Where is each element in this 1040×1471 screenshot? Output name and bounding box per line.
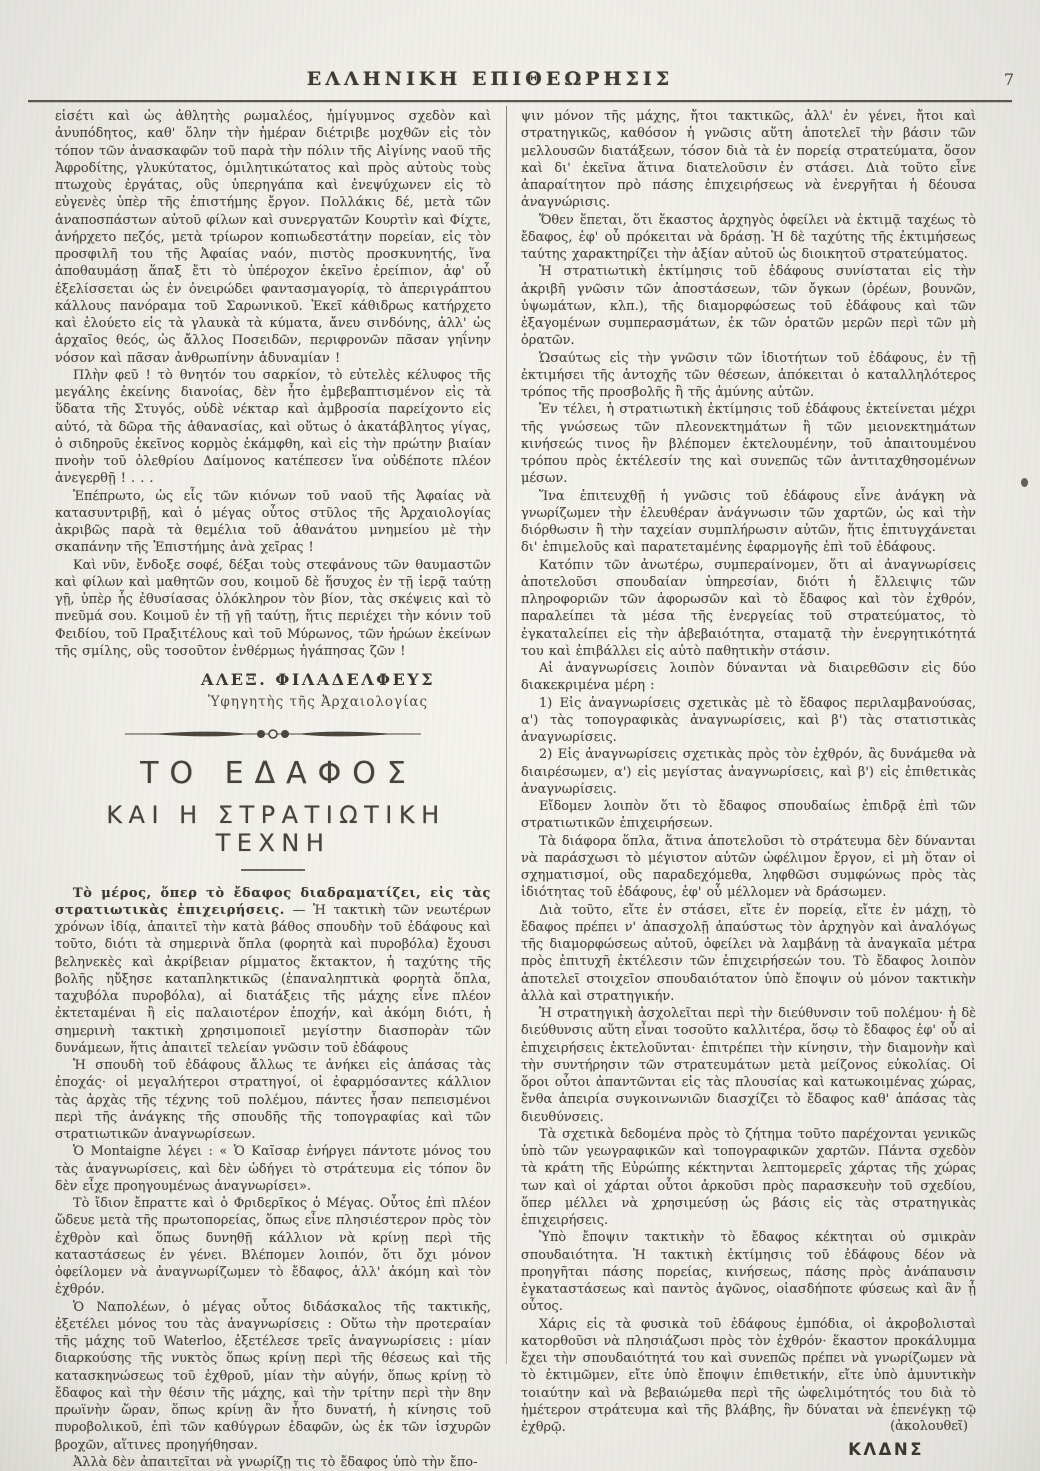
ornamental-divider-icon [123,726,423,742]
right-column: ψιν μόνον τῆς μάχης, ἤτοι τακτικῶς, ἀλλ'… [521,108,976,1459]
article1-text: εἰσέτι καὶ ὡς ἀθλητὴς ρωμαλέος, ἡμίγυμνο… [55,108,491,660]
paragraph: Ὁ Montaigne λέγει : « Ὁ Καῖσαρ ἐνήργει π… [55,1143,491,1195]
paragraph: Ἀλλὰ δὲν ἀπαιτεῖται νὰ γνωρίζῃ τις τὸ ἔδ… [55,1454,491,1471]
paragraph: Ἐν τέλει, ἡ στρατιωτικὴ ἐκτίμησις τοῦ ἐδ… [521,401,976,487]
scan-artifact [1021,478,1028,487]
paragraph: Πλὴν φεῦ ! τὸ θνητόν του σαρκίον, τὸ εὐτ… [55,367,491,488]
paragraph: 2) Εἰς ἀναγνωρίσεις σχετικὰς πρὸς τὸν ἐχ… [521,746,976,798]
paragraph: ψιν μόνον τῆς μάχης, ἤτοι τακτικῶς, ἀλλ'… [521,108,976,212]
paragraph: Διὰ τοῦτο, εἴτε ἐν στάσει, εἴτε ἐν πορεί… [521,902,976,1006]
article2-title-line2: ΚΑΙ Η ΣΤΡΑΤΙΩΤΙΚΗ ΤΕΧΝΗ [55,801,491,857]
article2-text: Ἡ σπουδὴ τοῦ ἐδάφους ἄλλως τε ἀνήκει εἰς… [55,1057,491,1471]
paragraph: Ὑπὸ ἔποψιν τακτικὴν τὸ ἔδαφος κέκτηται ο… [521,1229,976,1315]
article1-author-title: Ὑφηγητὴς τῆς Ἀρχαιολογίας [145,694,491,710]
paragraph: Τὰ σχετικὰ δεδομένα πρὸς τὸ ζήτημα τοῦτο… [521,1126,976,1230]
paragraph: Κατόπιν τῶν ἀνωτέρω, συμπεραίνομεν, ὅτι … [521,557,976,661]
paragraph: Καὶ νῦν, ἔνδοξε σοφέ, δέξαι τοὺς στεφάνο… [55,557,491,661]
paragraph: Αἱ ἀναγνωρίσεις λοιπὸν δύνανται νὰ διαιρ… [521,660,976,695]
paragraph: Ὁ Ναπολέων, ὁ μέγας οὗτος διδάσκαλος τῆς… [55,1299,491,1454]
left-column: εἰσέτι καὶ ὡς ἀθλητὴς ρωμαλέος, ἡμίγυμνο… [55,108,491,1471]
paragraph: Ἵνα ἐπιτευχθῇ ἡ γνῶσις τοῦ ἐδάφους εἶνε … [521,488,976,557]
paragraph: Ἡ στρατιωτικὴ ἐκτίμησις τοῦ ἐδάφους συνί… [521,263,976,349]
article1-author: ΑΛΕΞ. ΦΙΛΑΔΕΛΦΕΥΣ [145,670,491,689]
paragraph: Ἐπέπρωτο, ὡς εἷς τῶν κιόνων τοῦ ναοῦ τῆς… [55,488,491,557]
continuation-note: (ἀκολουθεῖ) [521,1419,976,1434]
paragraph: 1) Εἰς ἀναγνωρίσεις σχετικὰς μὲ τὸ ἔδαφο… [521,695,976,747]
title-rule [241,869,305,871]
article2-signature: ΚΛΔΝΣ [521,1440,976,1459]
paragraph: Τὸ ἴδιον ἔπραττε καὶ ὁ Φριδερῖκος ὁ Μέγα… [55,1195,491,1299]
page-number: 7 [1004,70,1014,89]
paragraph: Ὡσαύτως εἰς τὴν γνῶσιν τῶν ἰδιοτήτων τοῦ… [521,350,976,402]
column-divider [506,106,507,1364]
article2-text-continued: ψιν μόνον τῆς μάχης, ἤτοι τακτικῶς, ἀλλ'… [521,108,976,1436]
paragraph: Τὰ διάφορα ὅπλα, ἅτινα ἀποτελοῦσι τὸ στρ… [521,833,976,902]
article1-signature-block: ΑΛΕΞ. ΦΙΛΑΔΕΛΦΕΥΣ Ὑφηγητὴς τῆς Ἀρχαιολογ… [55,670,491,710]
article2-lead-paragraph: Τὸ μέρος, ὅπερ τὸ ἔδαφος διαδραματίζει, … [55,885,491,1058]
header-rule [28,100,1012,102]
paragraph: Ἡ σπουδὴ τοῦ ἐδάφους ἄλλως τε ἀνήκει εἰς… [55,1057,491,1143]
paragraph: Ἡ στρατηγικὴ ἀσχολεῖται περὶ τὴν διεύθυν… [521,1005,976,1126]
paragraph: Ὅθεν ἕπεται, ὅτι ἕκαστος ἀρχηγὸς ὀφείλει… [521,212,976,264]
scanned-page: ΕΛΛΗΝΙΚΗ ΕΠΙΘΕΩΡΗΣΙΣ 7 εἰσέτι καὶ ὡς ἀθλ… [0,0,1040,1471]
article2-lead-rest: — Ἡ τακτικὴ τῶν νεωτέρων χρόνων ἰδίᾳ, ἀπ… [55,903,491,1056]
paragraph: Εἴδομεν λοιπὸν ὅτι τὸ ἔδαφος σπουδαίως ἐ… [521,798,976,833]
paragraph: εἰσέτι καὶ ὡς ἀθλητὴς ρωμαλέος, ἡμίγυμνο… [55,108,491,367]
page-header: ΕΛΛΗΝΙΚΗ ΕΠΙΘΕΩΡΗΣΙΣ 7 [30,68,1010,98]
article2-title-line1: ΤΟ ΕΔΑΦΟΣ [55,756,491,791]
journal-title: ΕΛΛΗΝΙΚΗ ΕΠΙΘΕΩΡΗΣΙΣ [30,68,950,90]
